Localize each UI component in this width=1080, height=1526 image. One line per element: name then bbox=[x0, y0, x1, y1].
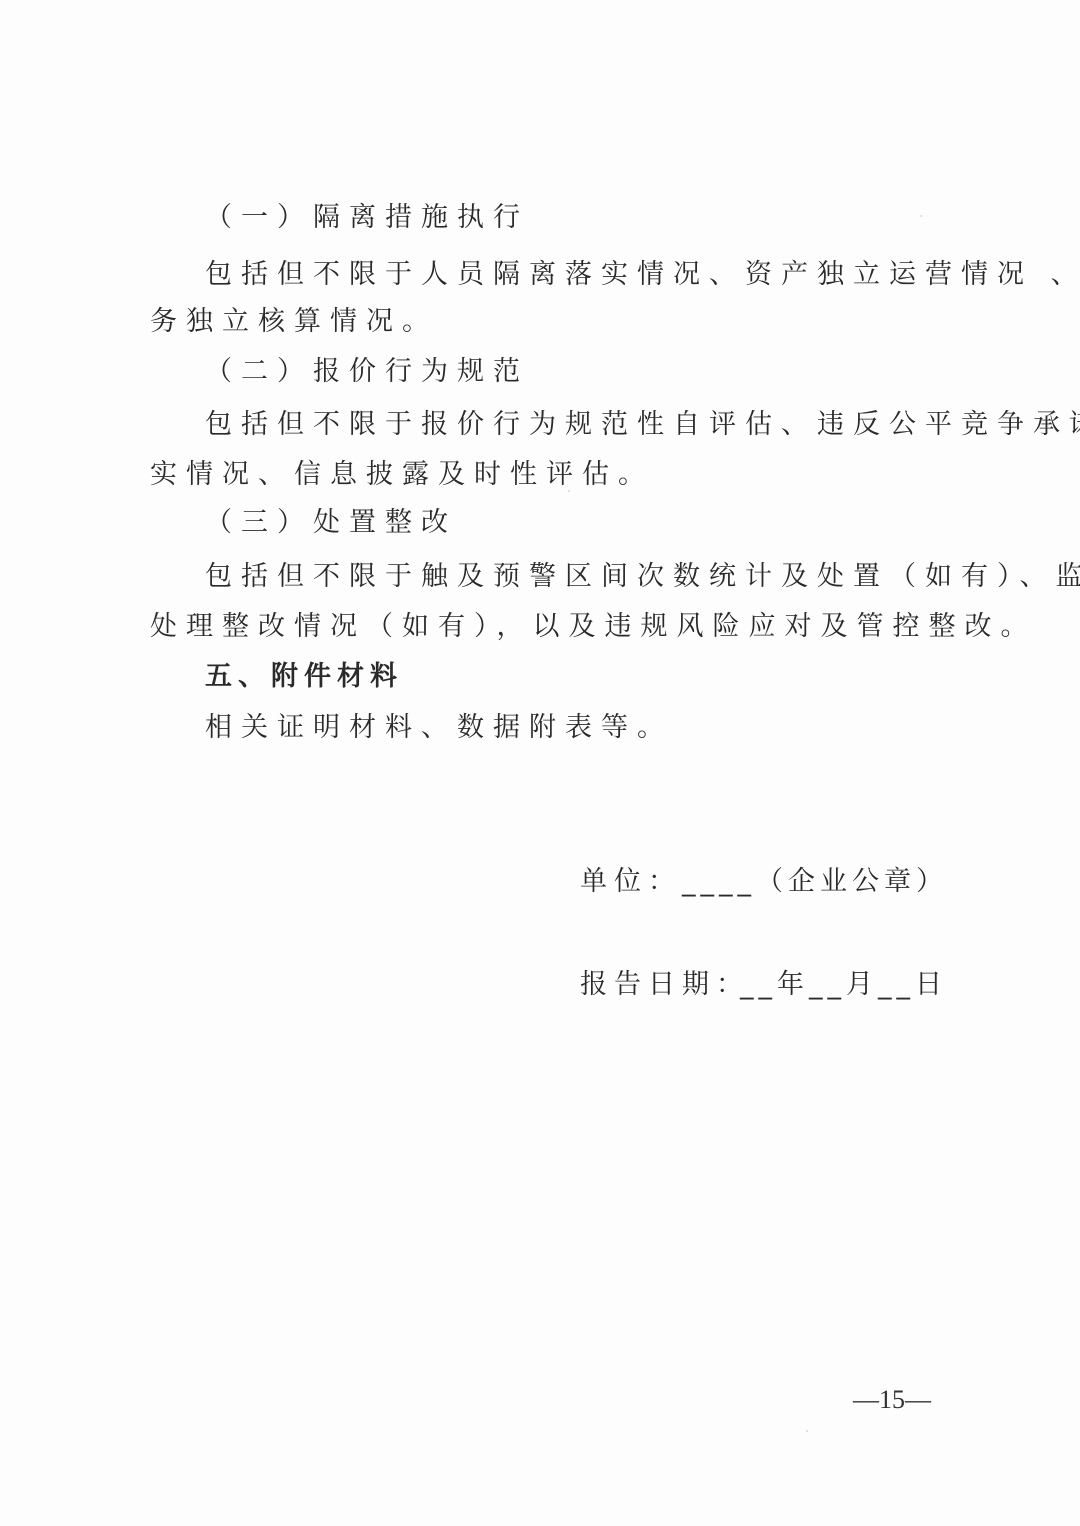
scan-speck bbox=[806, 1430, 808, 1432]
report-date-label: 报告日期： bbox=[580, 965, 750, 1005]
section-subheading: （二）报价行为规范 bbox=[205, 352, 529, 392]
report-date-value: __年__月__日 bbox=[740, 965, 947, 1005]
section-subheading: （一）隔离措施执行 bbox=[205, 198, 529, 238]
section-body-line: 包括但不限于报价行为规范性自评估、违反公平竞争承诺落 bbox=[205, 405, 1080, 445]
scan-speck bbox=[568, 490, 570, 492]
section-subheading: （三）处置整改 bbox=[205, 503, 457, 543]
section-body-line: 处理整改情况（如有），以及违规风险应对及管控整改。 bbox=[150, 607, 1037, 647]
unit-label: 单位： bbox=[580, 862, 682, 902]
attachments-heading: 五、附件材料 bbox=[205, 657, 403, 697]
unit-value: ____（企业公章） bbox=[682, 862, 948, 902]
scan-speck bbox=[920, 215, 922, 217]
section-body-line: 包括但不限于触及预警区间次数统计及处置（如有）、监管 bbox=[205, 557, 1080, 597]
section-body-line: 务独立核算情况。 bbox=[150, 302, 438, 342]
document-page: （一）隔离措施执行 包括但不限于人员隔离落实情况、资产独立运营情况 、财 务独立… bbox=[0, 0, 1080, 1526]
section-body-line: 实情况、信息披露及时性评估。 bbox=[150, 455, 654, 495]
attachments-body: 相关证明材料、数据附表等。 bbox=[205, 708, 673, 748]
section-body-line: 包括但不限于人员隔离落实情况、资产独立运营情况 、财 bbox=[205, 255, 1080, 295]
page-number: —15— bbox=[853, 1383, 931, 1417]
